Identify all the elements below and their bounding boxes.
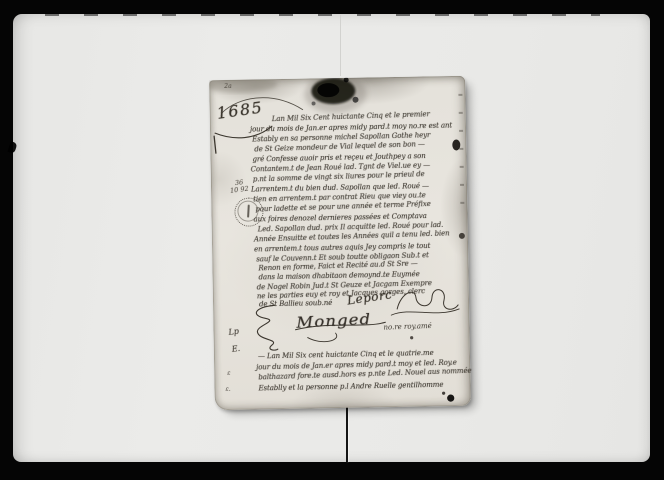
scan-viewer: 2a 1685 36 10 92 Lan Mil Six Cent huicta…	[0, 0, 664, 480]
binding-fold-line-bottom	[346, 407, 348, 462]
binding-fold-line-top	[340, 15, 341, 76]
handwriting-line-act2: Establly et la personne p.l Andre Ruelle…	[258, 382, 443, 393]
right-edge-scribbles	[451, 86, 468, 404]
ink-blot	[304, 76, 367, 114]
bottom-margin-scribble: ɛ.	[225, 386, 230, 393]
handwriting-line-act1: Lan Mil Six Cent huictante Cinq et le pr…	[272, 111, 430, 123]
margin-initial-mark: Lp	[228, 328, 239, 336]
bottom-margin-scribble: ɛ	[227, 370, 230, 377]
handwriting-line-act1: de St Ballieu soub.né	[259, 300, 332, 308]
signature-notary: Monged	[296, 312, 372, 331]
year-label: 1685	[216, 100, 264, 122]
margin-note-folio: 10 92	[230, 186, 249, 195]
signature-notary-title: no.re roy.amé	[383, 322, 432, 332]
margin-initial-mark: E.	[231, 345, 240, 353]
deckled-top-edge	[45, 13, 600, 16]
stamp-center-mark	[247, 205, 250, 218]
manuscript-document: 2a 1685 36 10 92 Lan Mil Six Cent huicta…	[209, 76, 471, 410]
corner-mark: 2a	[224, 83, 232, 90]
